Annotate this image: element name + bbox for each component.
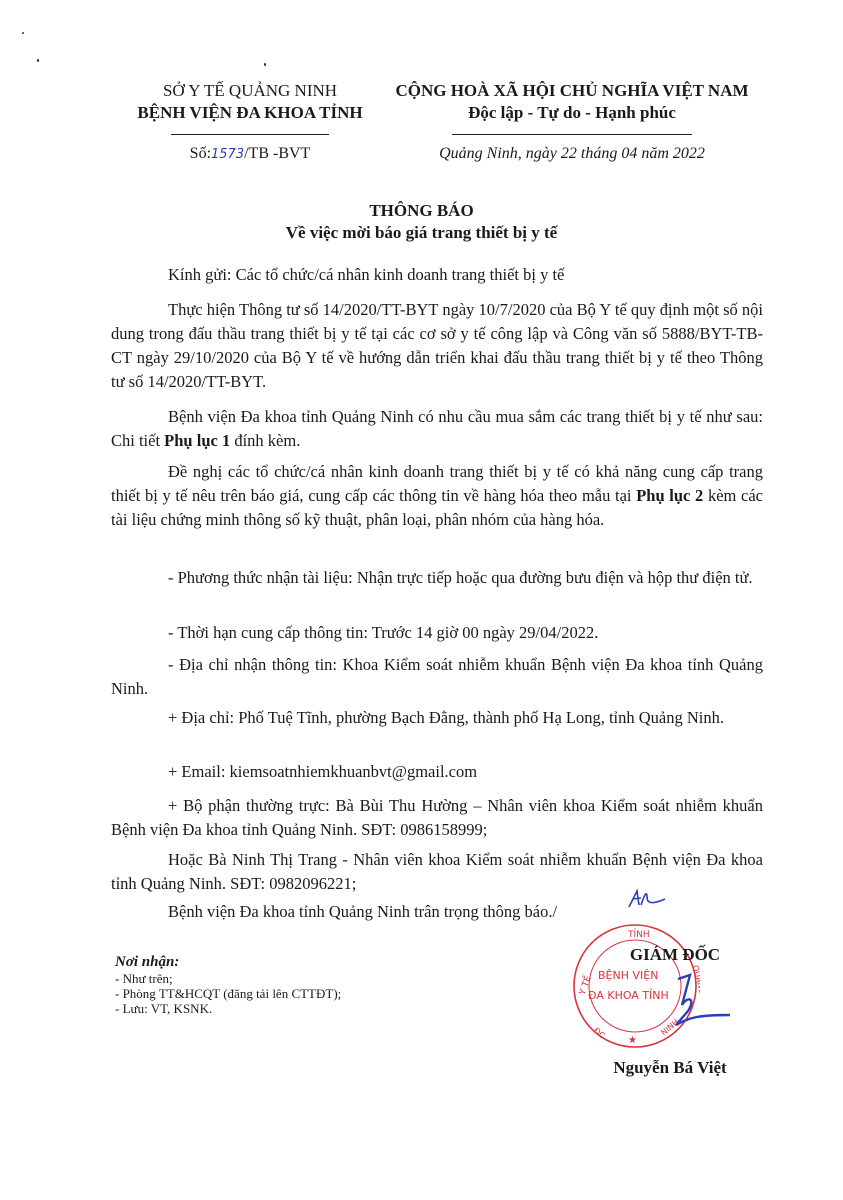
paragraph-request: Đề nghị các tổ chức/cá nhân kinh doanh t… [111,460,763,532]
deadline: - Thời hạn cung cấp thông tin: Trước 14 … [111,621,763,645]
paragraph-legal-basis: Thực hiện Thông tư số 14/2020/TT-BYT ngà… [111,298,763,394]
issuing-agency: SỞ Y TẾ QUẢNG NINH BỆNH VIỆN ĐA KHOA TỈN… [100,80,400,135]
appendix-2-ref: Phụ lục 2 [636,486,703,505]
document-title: THÔNG BÁO Về việc mời báo giá trang thiế… [100,200,743,244]
title-subtitle: Về việc mời báo giá trang thiết bị y tế [100,222,743,244]
place-date: Quảng Ninh, ngày 22 tháng 04 năm 2022 [372,145,772,163]
handwritten-initial-icon [625,887,675,911]
paragraph-text: + Bộ phận thường trực: Bà Bùi Thu Hường … [111,796,763,839]
recipient-item: - Lưu: VT, KSNK. [115,1001,435,1016]
paragraph-text: - Địa chỉ nhận thông tin: Khoa Kiểm soát… [111,655,763,698]
contact-primary: + Bộ phận thường trực: Bà Bùi Thu Hường … [111,794,763,842]
number-prefix: Số: [190,145,211,162]
stamp-top-text: TỈNH [627,928,650,940]
handwritten-signature-icon [660,965,740,1045]
recipient-item: - Như trên; [115,971,435,986]
paragraph-text: + Địa chỉ: Phố Tuệ Tĩnh, phường Bạch Đằn… [168,708,724,727]
recipients-block: Nơi nhận: - Như trên; - Phòng TT&HCQT (đ… [115,955,435,1016]
paragraph-text: - Thời hạn cung cấp thông tin: Trước 14 … [168,623,598,642]
scan-speck [37,59,39,62]
addressee-text: Kính gửi: Các tổ chức/cá nhân kinh doanh… [168,265,564,284]
appendix-1-ref: Phụ lục 1 [164,431,230,450]
national-header: CỘNG HOÀ XÃ HỘI CHỦ NGHĨA VIỆT NAM Độc l… [372,80,772,135]
recipients-heading: Nơi nhận: [115,955,435,970]
paragraph-needs: Bệnh viện Đa khoa tỉnh Quảng Ninh có nhu… [111,405,763,453]
scan-speck [22,32,24,34]
stamp-center-line2: ĐA KHOA TỈNH [588,988,669,1002]
agency-parent: SỞ Y TẾ QUẢNG NINH [100,80,400,102]
handwritten-number: 1573 [211,147,244,162]
divider [171,134,329,135]
signer-title: GIÁM ĐỐC [600,945,750,965]
paragraph-text: đính kèm. [230,431,300,450]
scan-speck [264,63,266,66]
title-main: THÔNG BÁO [100,200,743,222]
paragraph-text: Bệnh viện Đa khoa tỉnh Quảng Ninh trân t… [168,902,557,921]
agency-name: BỆNH VIỆN ĐA KHOA TỈNH [100,102,400,124]
svg-text:★: ★ [628,1035,637,1046]
stamp-center-line1: BỆNH VIỆN [598,969,658,982]
paragraph-text: Thực hiện Thông tư số 14/2020/TT-BYT ngà… [111,300,763,391]
signer-name: Nguyễn Bá Việt [580,1058,760,1078]
national-title: CỘNG HOÀ XÃ HỘI CHỦ NGHĨA VIỆT NAM [372,80,772,102]
address: + Địa chỉ: Phố Tuệ Tĩnh, phường Bạch Đằn… [111,706,763,730]
receiving-unit: - Địa chỉ nhận thông tin: Khoa Kiểm soát… [111,653,763,701]
document-number: Số:1573/TB -BVT [100,145,400,163]
number-suffix: /TB -BVT [244,145,310,162]
paragraph-text: - Phương thức nhận tài liệu: Nhận trực t… [168,568,753,587]
divider [452,134,692,135]
email-link[interactable]: + Email: kiemsoatnhiemkhuanbvt@gmail.com [168,762,477,781]
receiving-method: - Phương thức nhận tài liệu: Nhận trực t… [111,566,763,590]
email-line: + Email: kiemsoatnhiemkhuanbvt@gmail.com [111,760,763,784]
addressee: Kính gửi: Các tổ chức/cá nhân kinh doanh… [111,263,763,287]
national-motto: Độc lập - Tự do - Hạnh phúc [372,102,772,124]
recipient-item: - Phòng TT&HCQT (đăng tải lên CTTĐT); [115,986,435,1001]
